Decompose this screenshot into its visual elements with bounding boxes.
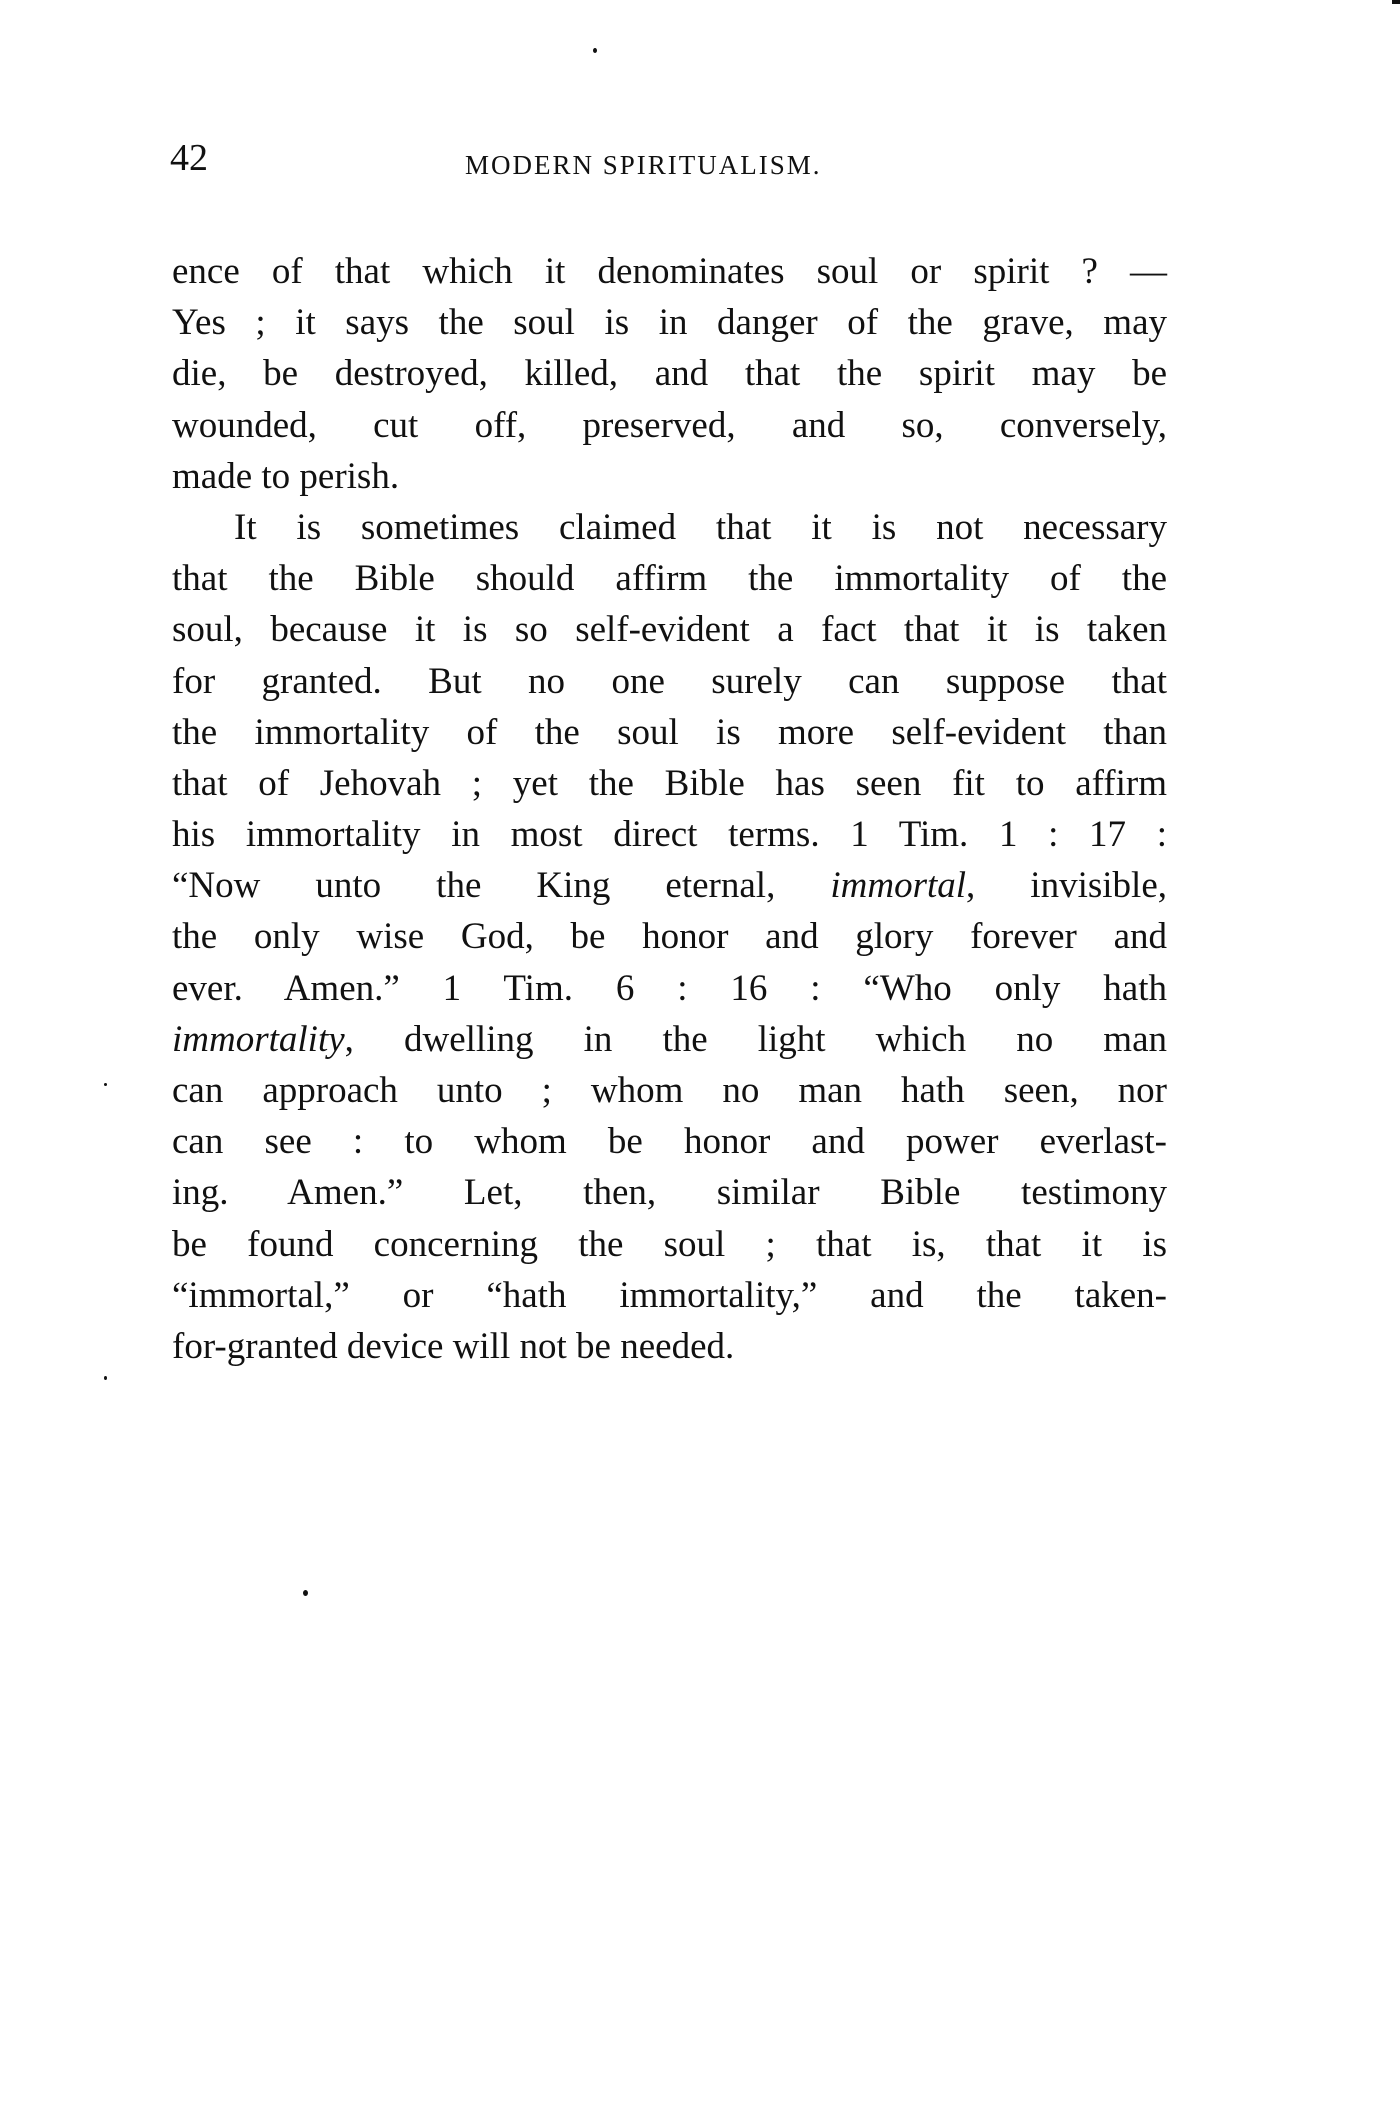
text-line: ever. Amen.” 1 Tim. 6 : 16 : “Who only h… — [172, 963, 1167, 1014]
emphasis: immortal — [830, 865, 966, 906]
text-segment: “Now unto the King eternal, — [172, 865, 830, 906]
emphasis: immortality — [172, 1019, 345, 1060]
scan-speck — [1392, 0, 1400, 4]
running-title: MODERN SPIRITUALISM. — [465, 150, 822, 181]
scan-speck — [593, 48, 597, 53]
text-line: for granted. But no one surely can suppo… — [172, 656, 1167, 707]
text-line: made to perish. — [172, 451, 1167, 502]
scan-speck — [303, 1590, 308, 1596]
scan-speck — [104, 1083, 107, 1086]
text-line: Yes ; it says the soul is in danger of t… — [172, 297, 1167, 348]
text-line: that of Jehovah ; yet the Bible has seen… — [172, 758, 1167, 809]
text-line: be found concerning the soul ; that is, … — [172, 1219, 1167, 1270]
text-line: immortality, dwelling in the light which… — [172, 1014, 1167, 1065]
scan-speck — [104, 1376, 107, 1380]
text-segment: , dwelling in the light which no man — [345, 1019, 1167, 1060]
text-line: the only wise God, be honor and glory fo… — [172, 911, 1167, 962]
paragraph-start-line: It is sometimes claimed that it is not n… — [172, 502, 1167, 553]
text-line: “Now unto the King eternal, immortal, in… — [172, 860, 1167, 911]
text-line: can see : to whom be honor and power eve… — [172, 1116, 1167, 1167]
text-line: die, be destroyed, killed, and that the … — [172, 348, 1167, 399]
text-line: “immortal,” or “hath immortality,” and t… — [172, 1270, 1167, 1321]
text-line: wounded, cut off, preserved, and so, con… — [172, 400, 1167, 451]
text-line: soul, because it is so self-evident a fa… — [172, 604, 1167, 655]
page-number: 42 — [170, 136, 208, 180]
text-segment: , invisible, — [966, 865, 1167, 906]
text-line: ing. Amen.” Let, then, similar Bible tes… — [172, 1167, 1167, 1218]
text-line: can approach unto ; whom no man hath see… — [172, 1065, 1167, 1116]
body-text: ence of that which it denominates soul o… — [172, 246, 1167, 1372]
text-line: for-granted device will not be needed. — [172, 1321, 1167, 1372]
text-line: the immortality of the soul is more self… — [172, 707, 1167, 758]
text-line: that the Bible should affirm the immorta… — [172, 553, 1167, 604]
text-line: ence of that which it denominates soul o… — [172, 246, 1167, 297]
text-line: his immortality in most direct terms. 1 … — [172, 809, 1167, 860]
